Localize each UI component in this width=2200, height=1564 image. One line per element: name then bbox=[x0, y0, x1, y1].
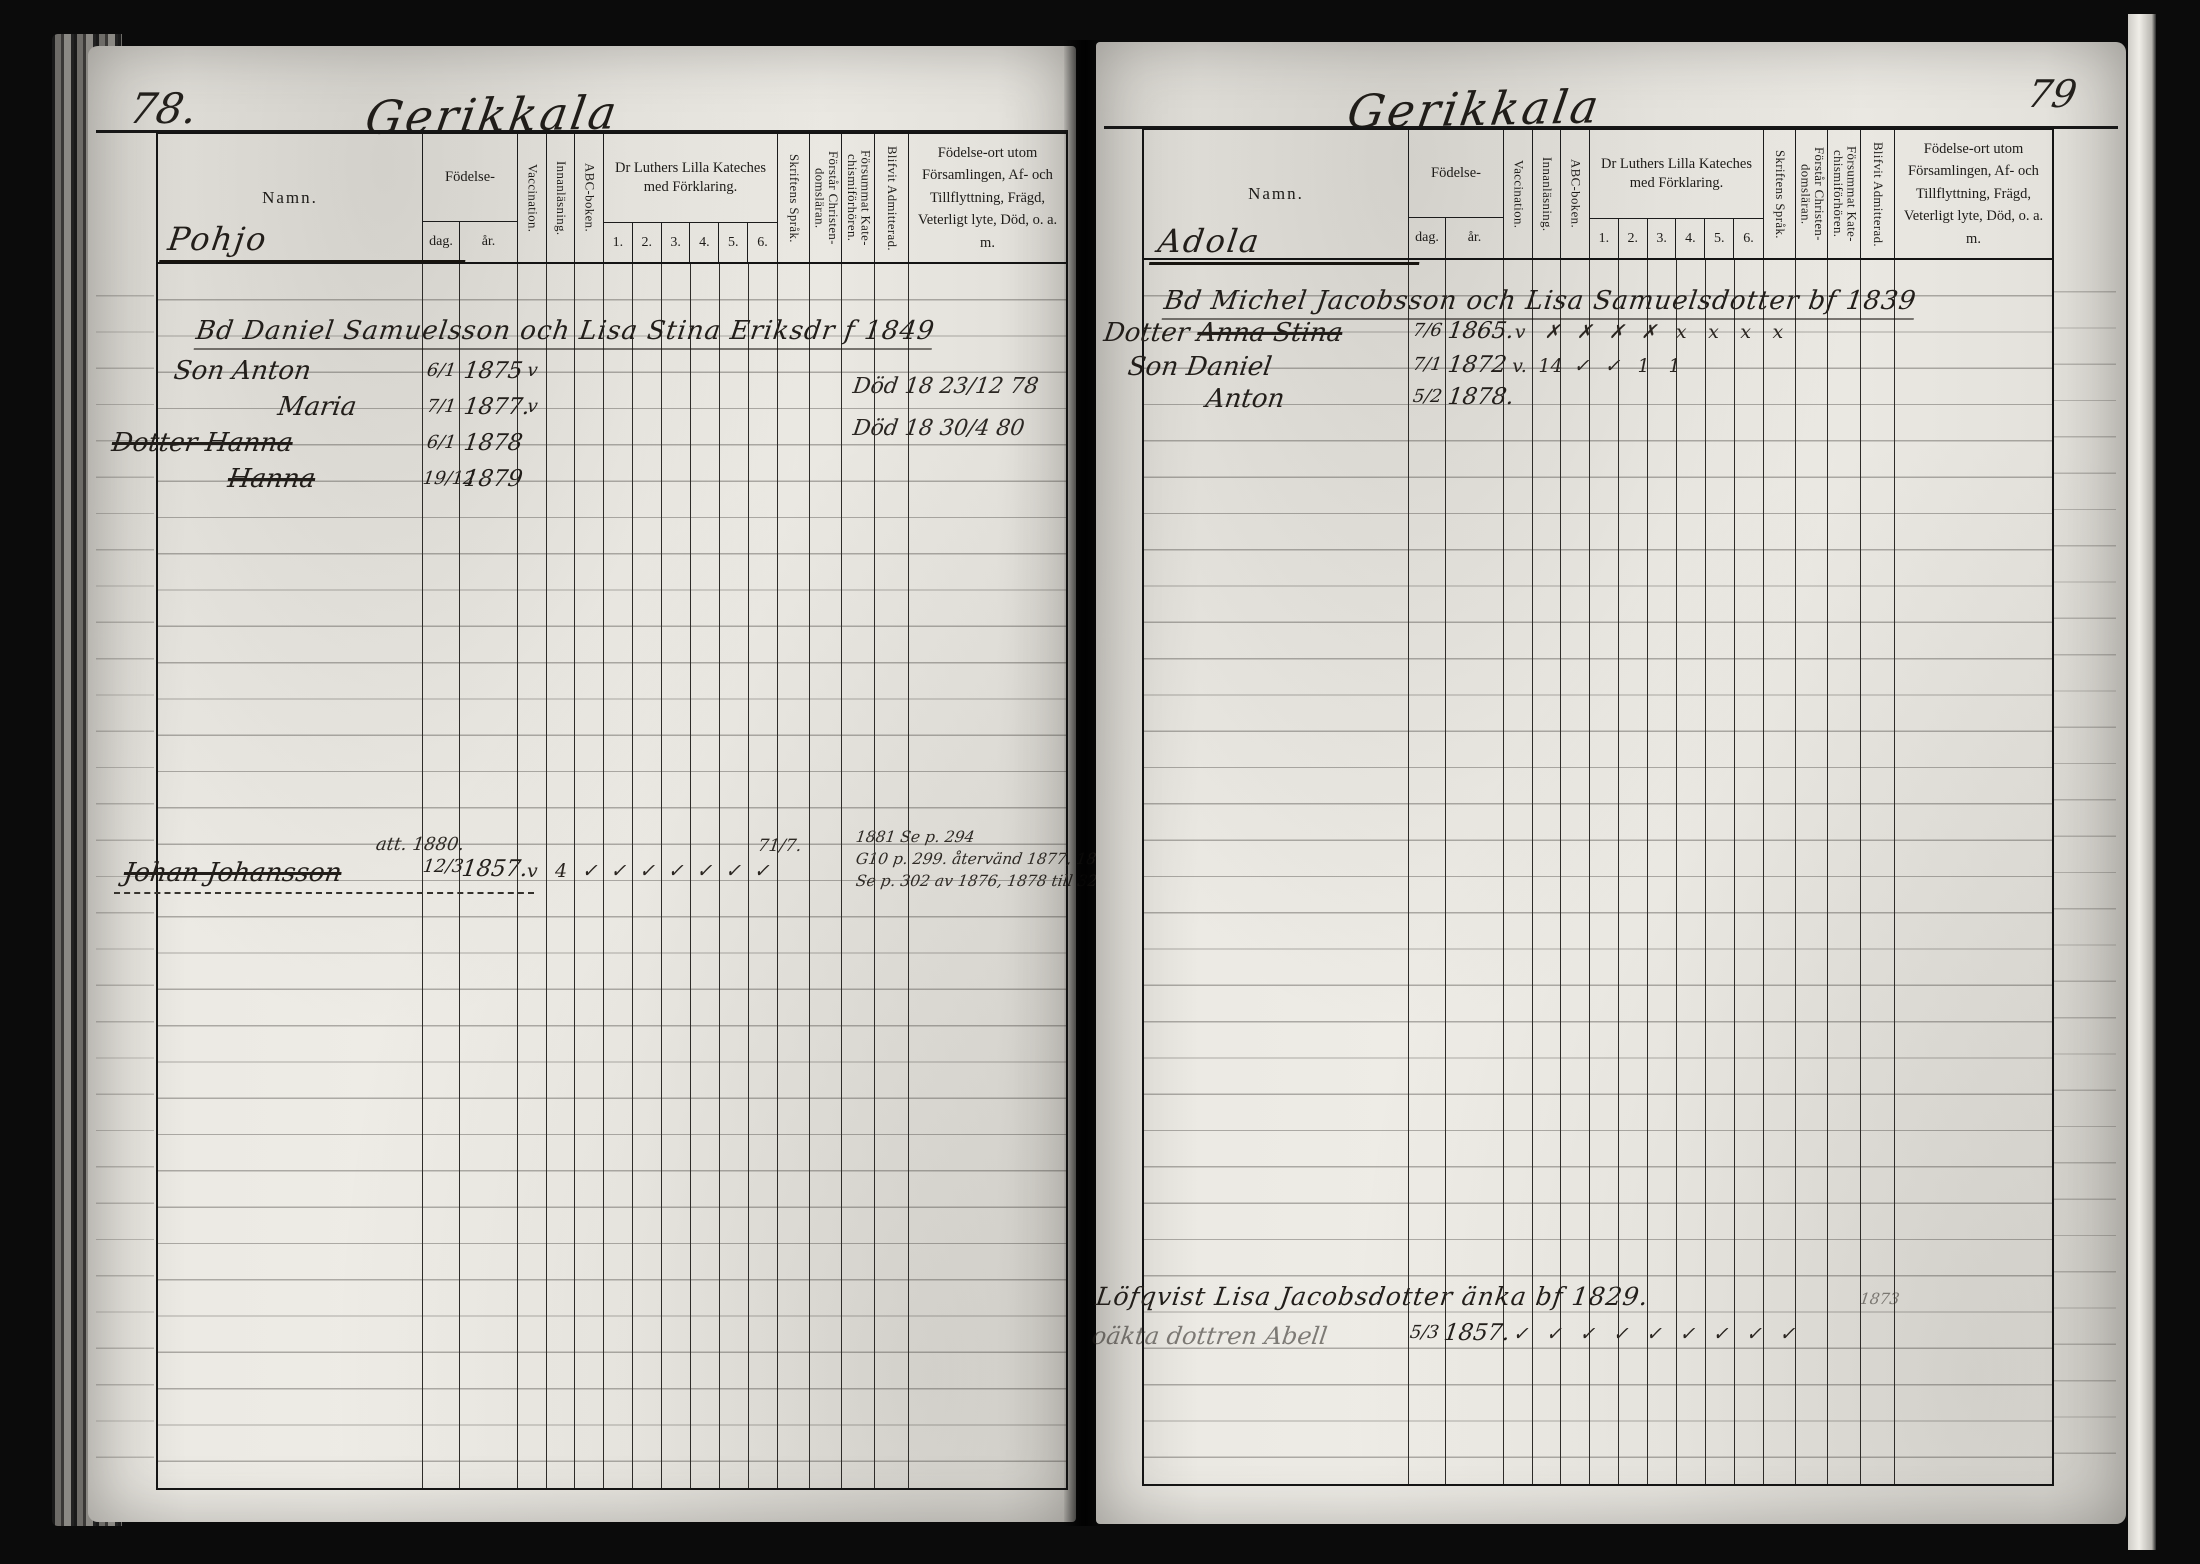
mark: 14 bbox=[1535, 355, 1566, 377]
late-entry-name-struck: Johan Johansson bbox=[122, 858, 344, 888]
mark: x bbox=[1730, 321, 1762, 343]
body-col bbox=[778, 264, 810, 1488]
widow-child-name: oäkta dottren Abell bbox=[1090, 1322, 1329, 1350]
col-forstar-header: Förstår Christen­domsläran. bbox=[1796, 130, 1828, 258]
col-fodelse-header: Födelse- dag. år. bbox=[1409, 130, 1504, 258]
body-col bbox=[1706, 260, 1735, 1484]
vaccination-label: Vaccination. bbox=[1511, 160, 1524, 228]
col-namn-label: Namn. bbox=[262, 188, 318, 208]
fodelse-label: Födelse- bbox=[1409, 130, 1503, 218]
right-page-number: 79 bbox=[2024, 72, 2080, 116]
vaccination-mark: v bbox=[517, 396, 549, 417]
entry-name-struck: Hanna bbox=[226, 464, 317, 494]
kateches-5: 5. bbox=[719, 223, 748, 262]
mark: ✓ bbox=[1771, 1323, 1804, 1345]
col-vaccination-header: Vaccination. bbox=[518, 134, 547, 262]
mark: ✓ bbox=[1537, 1323, 1570, 1345]
col-kateches-header: Dr Luthers Lilla Kateches med Förklaring… bbox=[1590, 130, 1764, 258]
col-forsummat-header: Försummat Kate­chismiförhören. bbox=[1828, 130, 1861, 258]
entry-year: 1875 bbox=[462, 358, 524, 384]
notes-label: Födelse-ort utom Församlingen, Af- och T… bbox=[1903, 138, 2044, 250]
fodelse-label: Födelse- bbox=[423, 134, 517, 222]
kateches-6: 6. bbox=[1734, 219, 1763, 258]
notes-label: Födelse-ort utom Församlingen, Af- och T… bbox=[917, 142, 1058, 254]
forsummat-label: Försummat Kate­chismiförhören. bbox=[1831, 133, 1858, 255]
mark: ✗ bbox=[1536, 321, 1568, 343]
mark: ✓ bbox=[604, 860, 633, 882]
widow-child-year: 1857. bbox=[1442, 1320, 1512, 1346]
col-ar-label: år. bbox=[1446, 218, 1503, 258]
kateches-subheader: 1. 2. 3. 4. 5. 6. bbox=[1590, 218, 1763, 258]
entry-marks: v✗✗✗✗xxxx bbox=[1504, 318, 1794, 346]
col-notes-header: Födelse-ort utom Församlingen, Af- och T… bbox=[909, 134, 1066, 262]
entry-row: Dotter Anna Stina bbox=[1102, 318, 1345, 348]
entry-year: 1878. bbox=[1446, 384, 1516, 410]
mark: 4 bbox=[547, 860, 576, 882]
entry-marks: v.14✓✓11 bbox=[1504, 352, 1690, 380]
kateches-3: 3. bbox=[662, 223, 691, 262]
blifvit-label: Blifvit Admit­terad. bbox=[885, 146, 898, 251]
kateches-label: Dr Luthers Lilla Kateches med Förklaring… bbox=[1590, 130, 1763, 218]
mark: ✓ bbox=[1571, 1323, 1604, 1345]
col-vaccination-header: Vaccination. bbox=[1504, 130, 1533, 258]
margin-ruling bbox=[2054, 256, 2116, 1480]
kateches-note: 71/7. bbox=[757, 836, 803, 856]
innanlasning-label: Innanläsning. bbox=[1540, 157, 1553, 232]
body-col bbox=[1796, 260, 1828, 1484]
entry-name: Son Anton bbox=[172, 356, 313, 386]
mark: ✓ bbox=[1637, 1323, 1670, 1345]
mark: ✓ bbox=[1704, 1323, 1737, 1345]
col-blifvit-header: Blifvit Admit­terad. bbox=[875, 134, 909, 262]
entry-prefix: Dotter bbox=[1102, 318, 1191, 348]
innanlasning-label: Innanläsning. bbox=[554, 161, 567, 236]
kateches-1: 1. bbox=[604, 223, 633, 262]
mark: v. bbox=[1504, 355, 1535, 377]
mark: v bbox=[1504, 321, 1536, 343]
mark: ✓ bbox=[719, 860, 748, 882]
body-col bbox=[1764, 260, 1796, 1484]
entry-day: 6/1 bbox=[422, 432, 462, 453]
late-entry-annotation: att. 1880. bbox=[375, 834, 466, 855]
family-line: Bd Daniel Samuelsson och Lisa Stina Erik… bbox=[194, 316, 937, 350]
entry-year: 1872 bbox=[1446, 352, 1508, 378]
mark: v bbox=[518, 860, 547, 882]
kateches-3: 3. bbox=[1648, 219, 1677, 258]
late-entry-day: 12/3 bbox=[422, 856, 462, 877]
col-kateches-header: Dr Luthers Lilla Kateches med Förklaring… bbox=[604, 134, 778, 262]
body-col bbox=[1735, 260, 1764, 1484]
kateches-5: 5. bbox=[1705, 219, 1734, 258]
entry-day: 19/12 bbox=[422, 468, 462, 489]
forsummat-label: Försummat Kate­chismiförhören. bbox=[845, 137, 872, 259]
mark: ✓ bbox=[1604, 1323, 1637, 1345]
mark: x bbox=[1762, 321, 1794, 343]
kateches-4: 4. bbox=[690, 223, 719, 262]
section-heading: Adola bbox=[1149, 222, 1425, 265]
faint-year-note: 1873 bbox=[1859, 1290, 1901, 1308]
mark: ✓ bbox=[575, 860, 604, 882]
col-forstar-header: Förstår Christen­domsläran. bbox=[810, 134, 842, 262]
strike-dash-line bbox=[114, 892, 534, 894]
entry-day: 7/1 bbox=[1408, 354, 1448, 375]
book-photo: 78. Gerikkala Namn. Födelse- dag. år. Va… bbox=[0, 0, 2200, 1564]
col-innanlasning-header: Innanläsning. bbox=[1533, 130, 1561, 258]
left-page: 78. Gerikkala Namn. Födelse- dag. år. Va… bbox=[88, 46, 1076, 1522]
col-notes-header: Födelse-ort utom Församlingen, Af- och T… bbox=[1895, 130, 2052, 258]
entry-day: 5/2 bbox=[1408, 386, 1448, 407]
abc-label: ABC-boken. bbox=[1568, 159, 1581, 228]
col-innanlasning-header: Innanläsning. bbox=[547, 134, 575, 262]
mark: ✓ bbox=[1737, 1323, 1770, 1345]
body-col bbox=[810, 264, 842, 1488]
col-abc-header: ABC-boken. bbox=[575, 134, 604, 262]
vaccination-label: Vaccination. bbox=[525, 164, 538, 232]
kateches-label: Dr Luthers Lilla Kateches med Förklaring… bbox=[604, 134, 777, 222]
mark: ✗ bbox=[1568, 321, 1600, 343]
entry-name: Maria bbox=[276, 392, 359, 422]
death-note: Död 18 30/4 80 bbox=[851, 416, 1026, 441]
mark: x bbox=[1665, 321, 1697, 343]
kateches-2: 2. bbox=[1619, 219, 1648, 258]
body-col bbox=[1677, 260, 1706, 1484]
entry-day: 7/6 bbox=[1408, 320, 1448, 341]
entry-year: 1878 bbox=[462, 430, 524, 456]
left-register-table: Namn. Födelse- dag. år. Vaccination. Inn… bbox=[156, 132, 1068, 1490]
vaccination-mark: v bbox=[517, 360, 549, 381]
body-col bbox=[1648, 260, 1677, 1484]
entry-name-struck: Dotter Hanna bbox=[110, 428, 295, 458]
entry-name-struck: Anna Stina bbox=[1195, 318, 1344, 348]
right-page: 79 Gerikkala Namn. Födelse- dag. år. Vac… bbox=[1096, 42, 2126, 1524]
widow-line: Löfqvist Lisa Jacobsdotter änka bf 1829. bbox=[1094, 1282, 1651, 1313]
col-skriftens-header: Skriftens Språk. bbox=[1764, 130, 1796, 258]
forstar-label: Förstår Christen­domsläran. bbox=[812, 137, 839, 259]
body-col bbox=[1828, 260, 1861, 1484]
entry-day: 6/1 bbox=[422, 360, 462, 381]
late-entry-marks: v4✓✓✓✓✓✓✓ bbox=[518, 856, 776, 886]
body-col bbox=[1895, 260, 2052, 1484]
mark: x bbox=[1697, 321, 1729, 343]
mark: ✓ bbox=[747, 860, 776, 882]
skriftens-label: Skriftens Språk. bbox=[1773, 150, 1786, 239]
mark: ✓ bbox=[1671, 1323, 1704, 1345]
col-abc-header: ABC-boken. bbox=[1561, 130, 1590, 258]
forstar-label: Förstår Christen­domsläran. bbox=[1798, 133, 1825, 255]
col-namn-label: Namn. bbox=[1248, 184, 1304, 204]
mark: ✓ bbox=[1597, 355, 1628, 377]
family-line: Bd Michel Jacobsson och Lisa Samuelsdott… bbox=[1162, 286, 1919, 320]
mark: ✓ bbox=[661, 860, 690, 882]
entry-year: 1879 bbox=[462, 466, 524, 492]
kateches-subheader: 1. 2. 3. 4. 5. 6. bbox=[604, 222, 777, 262]
section-heading: Pohjo bbox=[159, 220, 471, 263]
blifvit-label: Blifvit Admit­terad. bbox=[1871, 142, 1884, 247]
page-stack-edge bbox=[2128, 14, 2156, 1550]
mark: ✗ bbox=[1601, 321, 1633, 343]
right-register-table: Namn. Födelse- dag. år. Vaccination. Inn… bbox=[1142, 128, 2054, 1486]
kateches-6: 6. bbox=[748, 223, 777, 262]
entry-name: Anton bbox=[1204, 384, 1287, 414]
entry-name: Daniel bbox=[1184, 352, 1273, 382]
entry-row: Son Daniel bbox=[1126, 352, 1274, 382]
mark: ✗ bbox=[1633, 321, 1665, 343]
col-forsummat-header: Försummat Kate­chismiförhören. bbox=[842, 134, 875, 262]
col-skriftens-header: Skriftens Språk. bbox=[778, 134, 810, 262]
skriftens-label: Skriftens Språk. bbox=[787, 154, 800, 243]
kateches-4: 4. bbox=[1676, 219, 1705, 258]
death-note: Död 18 23/12 78 bbox=[851, 374, 1040, 399]
mark: 1 bbox=[1628, 355, 1659, 377]
entry-day: 7/1 bbox=[422, 396, 462, 417]
mark: ✓ bbox=[633, 860, 662, 882]
mark: ✓ bbox=[1504, 1323, 1537, 1345]
margin-note: 1881 Se p. 294 bbox=[855, 828, 976, 846]
widow-child-day: 5/3 bbox=[1405, 1322, 1445, 1343]
entry-prefix: Son bbox=[1126, 352, 1180, 382]
mark: ✓ bbox=[690, 860, 719, 882]
left-page-number: 78. bbox=[126, 84, 201, 133]
mark: ✓ bbox=[1566, 355, 1597, 377]
kateches-2: 2. bbox=[633, 223, 662, 262]
col-blifvit-header: Blifvit Admit­terad. bbox=[1861, 130, 1895, 258]
abc-label: ABC-boken. bbox=[582, 163, 595, 232]
mark: 1 bbox=[1659, 355, 1690, 377]
kateches-1: 1. bbox=[1590, 219, 1619, 258]
widow-child-marks: ✓✓✓✓✓✓✓✓✓ bbox=[1504, 1320, 1804, 1348]
